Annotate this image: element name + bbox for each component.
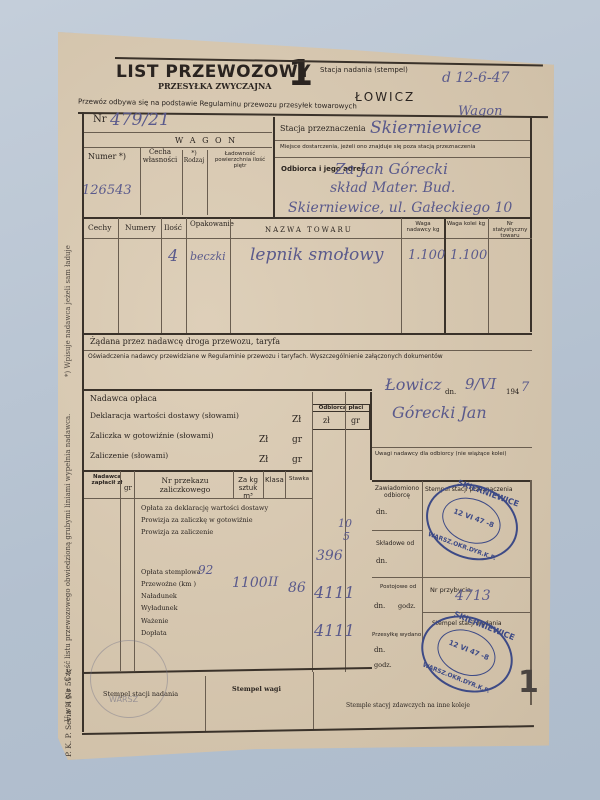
sum-3: 396 xyxy=(316,548,343,564)
delivered-godz: godz. xyxy=(374,661,392,669)
charges-col-class: Klasa xyxy=(265,476,283,484)
storage-dn: dn. xyxy=(376,557,387,565)
charges-col-transfer: Nr przekazu zaliczkowego xyxy=(140,476,230,494)
delivery-stamp-rule xyxy=(422,612,532,613)
goods-row-nazwa: lepnik smołowy xyxy=(250,245,383,265)
remarks-label: Uwagi nadawcy dla odbiorcy (nie wiążące … xyxy=(375,451,507,457)
right-border xyxy=(530,117,532,332)
transfer-stamps-label: Stemple stacyj zdawczych na inne koleje xyxy=(346,702,470,709)
wagon-col-ownership: Cecha własności xyxy=(140,148,180,164)
route-label: Żądana przez nadawcę droga przewozu, tar… xyxy=(90,337,280,346)
right-panel-top xyxy=(372,480,532,482)
delivered-label: Przesyłkę wydano xyxy=(372,632,421,638)
recipient-line-3: Skierniewice, ul. Gałeckiego 10 xyxy=(288,200,512,216)
sender-signature: Górecki Jan xyxy=(392,403,487,422)
note-vertical: U w a g a : Część listu przewozowego obw… xyxy=(64,414,72,722)
sending-station-value: ŁOWICZ xyxy=(355,90,415,104)
charges-col-divider xyxy=(233,471,234,499)
charges-col-divider xyxy=(312,392,313,672)
nr-label: Nr xyxy=(93,114,107,125)
goods-col-opakowanie: Opakowanie xyxy=(190,220,228,229)
rate-value: 86 xyxy=(288,580,306,596)
cash-advance-label: Zaliczka w gotowiźnie (słowami) xyxy=(90,431,214,440)
charge-item-8: Ważenie xyxy=(141,617,168,625)
charges-col-gr: gr xyxy=(124,484,132,492)
charge-item-9: Dopłata xyxy=(141,629,167,637)
recipient-pays-box: Odbiorca płaci zł gr xyxy=(312,404,370,430)
nr-value: 479/21 xyxy=(110,110,170,130)
charges-col-weight: Za kg sztuk m³ xyxy=(235,476,261,500)
goods-col-divider xyxy=(401,218,402,333)
wagon-col-number: Numer *) xyxy=(88,152,126,161)
charges-header-rule xyxy=(82,498,312,499)
declared-value-zl: Zł xyxy=(292,415,301,425)
goods-col-divider xyxy=(118,218,119,333)
sender-year-prefix: 194 xyxy=(506,388,519,396)
goods-col-divider xyxy=(186,218,187,333)
recipient-pays-label: Odbiorca płaci xyxy=(313,405,369,412)
sender-date: 9/VI xyxy=(465,375,496,393)
standing-label: Postojowe od xyxy=(380,584,416,590)
sender-place: Łowicz xyxy=(385,375,442,394)
notified-rule xyxy=(372,530,422,531)
charge-item-3: Prowizja za zaliczenie xyxy=(141,528,213,536)
goods-col-divider xyxy=(444,218,446,333)
goods-col-waga-kolei: Waga kolei kg xyxy=(446,221,486,227)
sender-dn-label: dn. xyxy=(445,388,456,396)
remarks-rule xyxy=(372,447,532,448)
destination-label: Stacja przeznaczenia xyxy=(280,124,366,133)
sum-5: 4111 xyxy=(314,621,355,640)
declared-value-label: Deklaracja wartości dostawy (słowami) xyxy=(90,411,239,420)
arrival-value: 4713 xyxy=(455,588,491,604)
charge-item-6: Naładunek xyxy=(141,592,177,600)
right-panel-divider xyxy=(422,481,423,651)
charge-item-2: Prowizja za zaliczkę w gotowiźnie xyxy=(141,516,253,524)
sender-block-left xyxy=(370,392,372,480)
wagon-col-divider xyxy=(140,147,141,215)
goods-row-ilosc: 4 xyxy=(168,246,178,265)
footnote-vertical: *) Wpisuje nadawca jeżeli sam ładuje xyxy=(64,245,72,377)
stamp-fee-value: 92 xyxy=(198,563,213,577)
footer-divider xyxy=(205,676,206,732)
wagon-top-rule xyxy=(82,132,272,133)
wagon-number-value: 126543 xyxy=(82,183,132,198)
wagon-label: W A G O N xyxy=(175,136,237,145)
sum-1: 10 xyxy=(338,517,352,530)
destination-left-border xyxy=(273,117,275,217)
notified-label: Zawiadomiono odbiorcę xyxy=(374,485,420,499)
cod-gr: gr xyxy=(292,455,302,465)
handwritten-date: d 12-6-47 xyxy=(442,70,509,86)
payment-label: Nadawca opłaca xyxy=(90,394,157,403)
sum-2: 5 xyxy=(343,530,350,543)
charge-item-1: Opłata za deklarację wartości dostawy xyxy=(141,504,268,512)
route-rule xyxy=(82,333,532,335)
goods-row-waga-nadawcy: 1.100 xyxy=(408,248,445,263)
wagon-col-capacity: Ładowność powierzchnia ilość piętr xyxy=(210,151,270,169)
notified-dn: dn. xyxy=(376,508,387,516)
form-code: P. K. P. Seria H Nr 51 k xyxy=(64,670,73,757)
sending-station-label: Stacja nadania (stempel) xyxy=(320,66,408,74)
charges-col-rate: Stawka xyxy=(287,476,311,482)
charge-item-4: Opłata stemplowa xyxy=(141,568,201,576)
goods-col-divider xyxy=(230,218,231,333)
faded-send-stamp: WARSZ xyxy=(90,640,168,718)
declarations-label: Oświadczenia nadawcy przewidziane w Regu… xyxy=(88,353,443,360)
standing-rule xyxy=(372,577,532,578)
delivery-place-label: Miejsce dostarczenia, jeżeli ono znajduj… xyxy=(280,144,476,150)
cash-advance-zl: Zł xyxy=(259,435,268,445)
destination-rule xyxy=(275,140,530,141)
payment-top-rule xyxy=(82,389,372,391)
charges-top-rule xyxy=(82,470,312,472)
destination-value: Skierniewice xyxy=(370,118,482,138)
charges-col-divider xyxy=(285,471,286,499)
goods-row-opakowanie: beczki xyxy=(190,250,226,263)
delivery-rule xyxy=(275,157,530,158)
goods-col-divider xyxy=(161,218,162,333)
cash-advance-gr: gr xyxy=(292,435,302,445)
goods-col-nr-stat: Nr statystyczny towaru xyxy=(490,221,530,239)
goods-col-waga-nadawcy: Waga nadawcy kg xyxy=(403,221,443,233)
goods-top-rule xyxy=(82,217,532,219)
sender-year-suffix: 7 xyxy=(521,380,529,395)
class-value: II xyxy=(268,575,278,590)
goods-row-waga-kolei: 1.100 xyxy=(450,248,487,263)
goods-col-divider xyxy=(488,218,489,333)
wagon-col-divider xyxy=(182,150,183,215)
recipient-pays-gr: gr xyxy=(351,416,360,425)
goods-col-nazwa: NAZWA TOWARU xyxy=(265,226,353,234)
weight-stamp-label: Stempel wagi xyxy=(232,685,281,693)
charge-item-5: Przewoźne (km ) xyxy=(141,580,196,588)
goods-header-rule xyxy=(82,238,532,239)
faded-stamp-text: WARSZ xyxy=(109,695,138,704)
declarations-rule xyxy=(82,350,532,351)
charges-col-divider xyxy=(263,471,264,499)
goods-col-ilosc: Ilość xyxy=(164,223,182,232)
charge-item-7: Wyładunek xyxy=(141,604,178,612)
cod-label: Zaliczenie (słowami) xyxy=(90,451,168,460)
left-border xyxy=(82,112,84,732)
cod-zl: Zł xyxy=(259,455,268,465)
recipient-line-2: skład Mater. Bud. xyxy=(330,180,455,196)
goods-col-numery: Numery xyxy=(125,223,156,232)
recipient-line-1: Za Jan Górecki xyxy=(335,160,448,178)
wagon-col-type: *) Rodzaj xyxy=(182,150,206,164)
document-subtitle: PRZESYŁKA ZWYCZAJNA xyxy=(158,81,272,91)
recipient-pays-zl: zł xyxy=(323,416,330,425)
sum-4: 4111 xyxy=(314,583,355,602)
copy-number-footer: 1 xyxy=(518,665,539,700)
wagon-col-divider xyxy=(207,150,208,215)
goods-col-cechy: Cechy xyxy=(88,223,111,232)
delivered-dn: dn. xyxy=(374,646,385,654)
storage-label: Składowe od xyxy=(376,540,414,547)
document-title: LIST PRZEWOZOWY xyxy=(116,62,311,82)
standing-godz: godz. xyxy=(398,602,416,610)
standing-dn: dn. xyxy=(374,602,385,610)
footer-divider xyxy=(313,672,314,730)
weight-value: 1100 xyxy=(232,575,268,591)
